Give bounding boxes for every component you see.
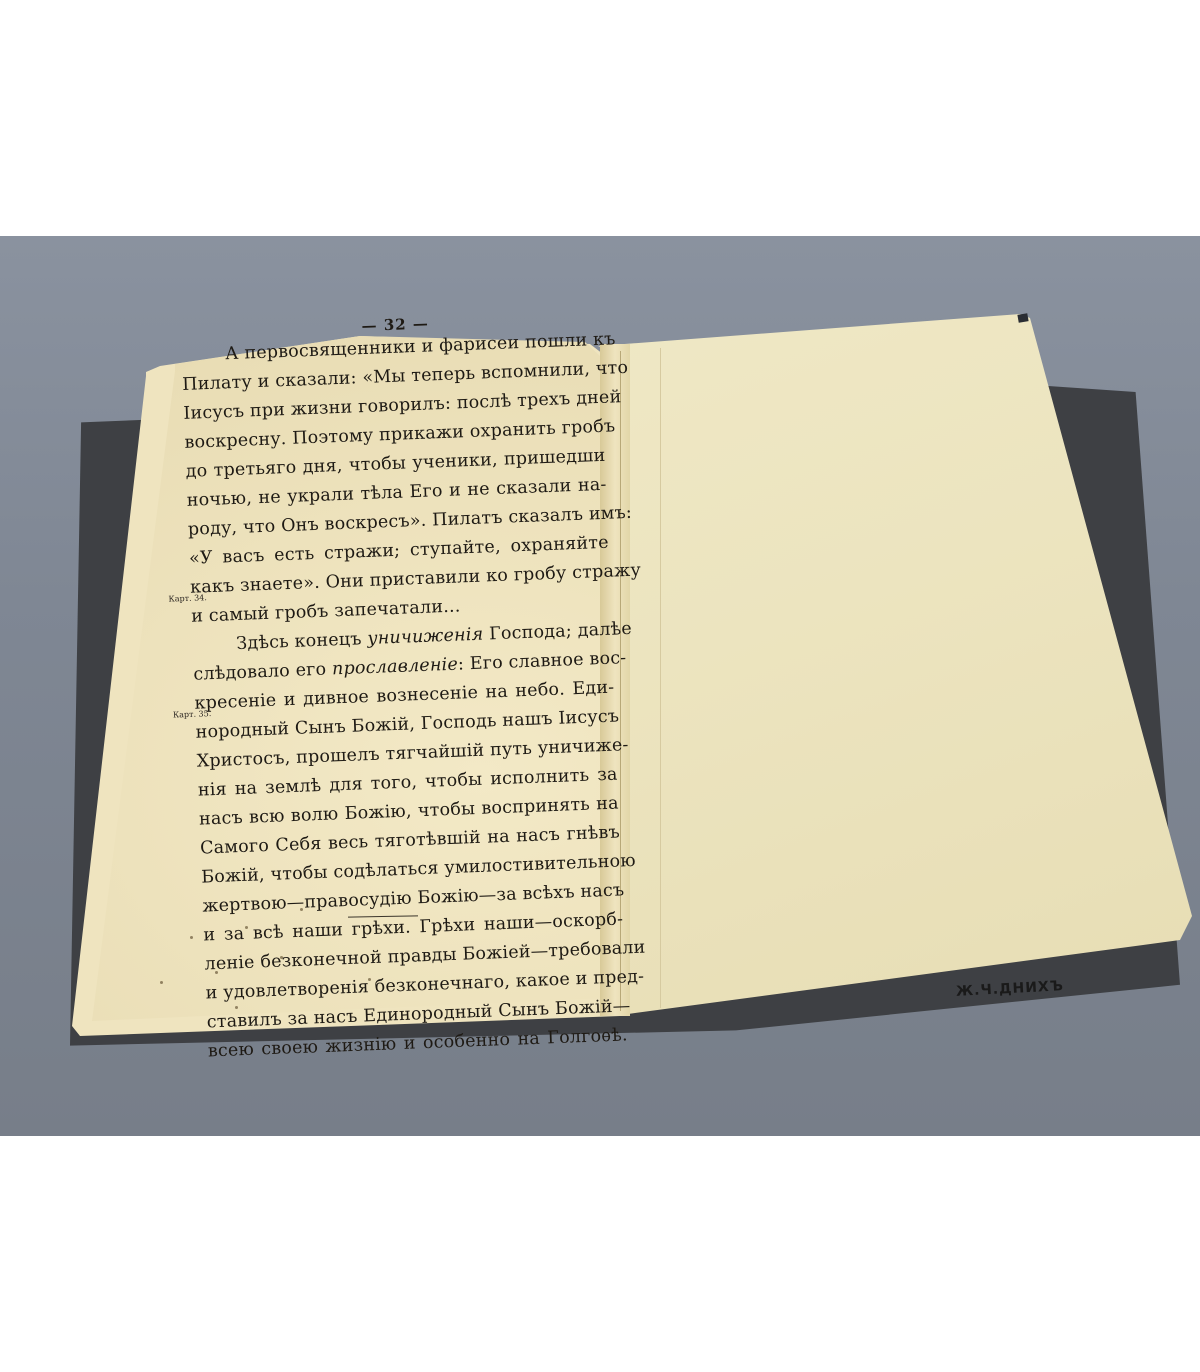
foxing-spot	[235, 1006, 238, 1009]
foxing-spot	[280, 956, 283, 959]
margin-note-picture-35: Карт. 35.	[173, 709, 212, 719]
foxing-spot	[215, 971, 218, 974]
italic-emphasis: прославленіе	[332, 655, 459, 680]
foxing-spot	[160, 981, 163, 984]
page-text-block: — 32 — А первосвященники и фарисеи пошли…	[180, 308, 628, 1067]
foxing-spot	[190, 936, 193, 939]
italic-emphasis: уничиженія	[367, 625, 484, 649]
margin-note-picture-34: Карт. 34.	[168, 593, 207, 603]
cover-corner	[1017, 313, 1028, 323]
foxing-spot	[245, 926, 248, 929]
foxing-spot	[320, 986, 323, 989]
foxing-spot	[368, 978, 371, 981]
endpaper-fold	[660, 348, 661, 1008]
book-photo: — 32 — А первосвященники и фарисеи пошли…	[0, 236, 1200, 1136]
foxing-spot	[300, 908, 303, 911]
